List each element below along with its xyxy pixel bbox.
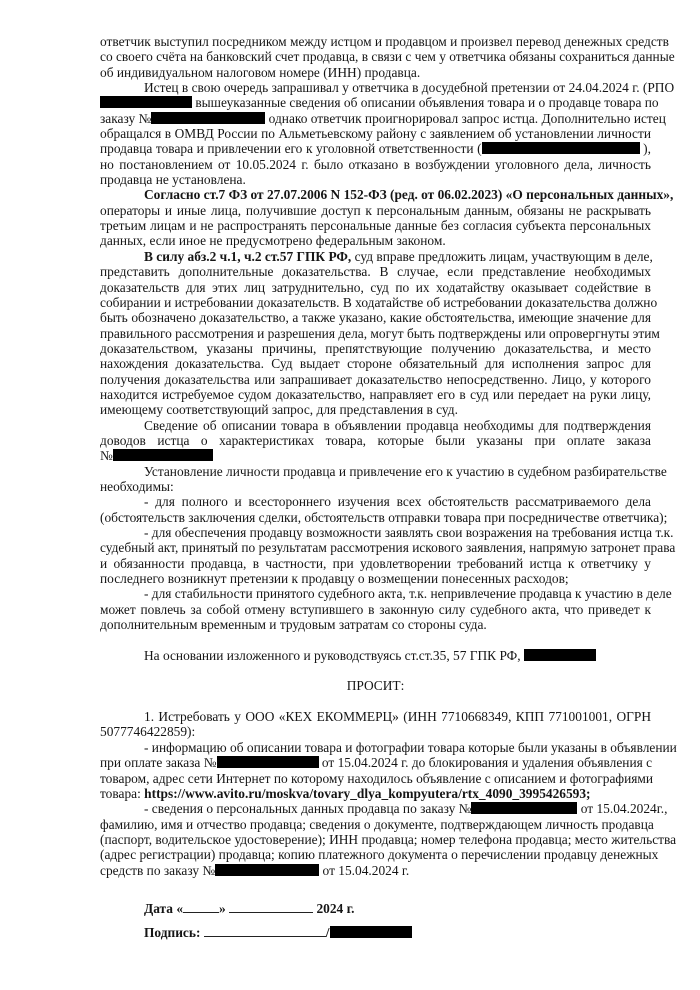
text: (паспорт, водительское удостоверение); И… bbox=[100, 832, 676, 847]
text: со своего счёта на банковский счет прода… bbox=[100, 49, 675, 64]
text: Установление личности продавца и привлеч… bbox=[144, 464, 667, 479]
bold-text: Согласно ст.7 ФЗ от 27.07.2006 N 152-ФЗ … bbox=[144, 187, 673, 202]
text-line: доказательств для этих лиц затруднительн… bbox=[100, 280, 651, 295]
text: ), bbox=[640, 141, 651, 156]
text-line: об индивидуальном налоговом номере (ИНН)… bbox=[100, 65, 651, 80]
text-line: фамилию, имя и отчество продавца; сведен… bbox=[100, 817, 651, 832]
text: от 15.04.2024 г. bbox=[319, 863, 409, 878]
text: Сведение об описании товара в объявлении… bbox=[144, 418, 651, 433]
text: данных, если иное не предусмотрено федер… bbox=[100, 233, 446, 248]
text-line: собирании и истребовании доказательств. … bbox=[100, 295, 651, 310]
text: но постановлением от 10.05.2024 г. было … bbox=[100, 157, 651, 172]
text-line: представить дополнительные доказательств… bbox=[100, 264, 651, 279]
text: имеющему соответствующий запрос, для пре… bbox=[100, 402, 458, 417]
text-line: Установление личности продавца и привлеч… bbox=[100, 464, 651, 479]
text-line: - для обеспечения продавцу возможности з… bbox=[100, 525, 651, 540]
text-line: Сведение об описании товара в объявлении… bbox=[100, 418, 651, 433]
text-line: - для стабильности принятого судебного а… bbox=[100, 586, 651, 601]
text: находится истребуемое судом доказательст… bbox=[100, 387, 651, 402]
text: собирании и истребовании доказательств. … bbox=[100, 295, 657, 310]
text: правильного рассмотрения и разрешения де… bbox=[100, 326, 660, 341]
text: и обязанности продавца, в частности, при… bbox=[100, 556, 651, 571]
text: товара: bbox=[100, 786, 144, 801]
redaction-block bbox=[215, 864, 319, 876]
text-line: заказу № однако ответчик проигнорировал … bbox=[100, 111, 651, 126]
spacer bbox=[100, 893, 651, 901]
redaction-block bbox=[217, 756, 319, 768]
text-line: судебный акт, принятый по результатам ра… bbox=[100, 540, 651, 555]
text-line: (обстоятельств заключения сделки, обстоя… bbox=[100, 510, 651, 525]
date-year: 2024 г. bbox=[316, 901, 354, 916]
text: (обстоятельств заключения сделки, обстоя… bbox=[100, 510, 667, 525]
text: от 15.04.2024г., bbox=[577, 801, 667, 816]
text: фамилию, имя и отчество продавца; сведен… bbox=[100, 817, 654, 832]
text-line: имеющему соответствующий запрос, для пре… bbox=[100, 402, 651, 417]
text: нахождения доказательства. Суд выдает ст… bbox=[100, 356, 651, 371]
text-line: третьим лицам и не распространять персон… bbox=[100, 218, 651, 233]
text: третьим лицам и не распространять персон… bbox=[100, 218, 651, 233]
text: ответчик выступил посредником между истц… bbox=[100, 34, 669, 49]
text: продавца товара и привлечении его к угол… bbox=[100, 141, 482, 156]
text: может повлечь за собой отмену вступившег… bbox=[100, 602, 651, 617]
reason-2: - для обеспечения продавцу возможности з… bbox=[100, 525, 651, 586]
text-line: (адрес регистрации) продавца; копию плат… bbox=[100, 847, 651, 862]
document-page: ответчик выступил посредником между истц… bbox=[100, 34, 651, 940]
text: необходимы: bbox=[100, 479, 174, 494]
redaction-block bbox=[113, 449, 213, 461]
text: об индивидуальном налоговом номере (ИНН)… bbox=[100, 65, 420, 80]
text-line: со своего счёта на банковский счет прода… bbox=[100, 49, 651, 64]
redaction-block bbox=[482, 142, 640, 154]
text-line: последнего возникнут претензии к продавц… bbox=[100, 571, 651, 586]
text-line: нахождения доказательства. Суд выдает ст… bbox=[100, 356, 651, 371]
text-line: правильного рассмотрения и разрешения де… bbox=[100, 326, 651, 341]
text: при оплате заказа № bbox=[100, 755, 217, 770]
request-paragraphs: 1. Истребовать у ООО «КЕХ ЕКОММЕРЦ» (ИНН… bbox=[100, 709, 651, 878]
text-line: продавца не установлена. bbox=[100, 172, 651, 187]
text: продавца не установлена. bbox=[100, 172, 246, 187]
text-line: при оплате заказа № от 15.04.2024 г. до … bbox=[100, 755, 651, 770]
text: судебный акт, принятый по результатам ра… bbox=[100, 540, 675, 555]
text: 1. Истребовать у ООО «КЕХ ЕКОММЕРЦ» (ИНН… bbox=[144, 709, 651, 724]
text-line: доказательством, указаны причины, препят… bbox=[100, 341, 651, 356]
text-line: № bbox=[100, 448, 651, 463]
text: заказу № bbox=[100, 111, 151, 126]
personal-data-law-paragraph: Согласно ст.7 ФЗ от 27.07.2006 N 152-ФЗ … bbox=[100, 187, 651, 248]
text-line: операторы и иные лица, получившие доступ… bbox=[100, 203, 651, 218]
text: 5077746422859): bbox=[100, 724, 195, 739]
reason-1: - для полного и всестороннего изучения в… bbox=[100, 494, 651, 525]
product-description-paragraph: Сведение об описании товара в объявлении… bbox=[100, 418, 651, 464]
text-line: продавца товара и привлечении его к угол… bbox=[100, 141, 651, 156]
pretrial-claim-paragraph: Истец в свою очередь запрашивал у ответч… bbox=[100, 80, 651, 187]
text: последнего возникнут претензии к продавц… bbox=[100, 571, 569, 586]
text-line: обращался в ОМВД России по Альметьевском… bbox=[100, 126, 651, 141]
text: дополнительным временным и трудовым затр… bbox=[100, 617, 487, 632]
basis-text: На основании изложенного и руководствуяс… bbox=[144, 648, 521, 663]
text: - для обеспечения продавцу возможности з… bbox=[144, 525, 674, 540]
text-line: данных, если иное не предусмотрено федер… bbox=[100, 233, 651, 248]
text-line: и обязанности продавца, в частности, при… bbox=[100, 556, 651, 571]
text-line: доводов истца о характеристиках товара, … bbox=[100, 433, 651, 448]
signature-line: Подпись: / bbox=[100, 925, 651, 940]
text: вышеуказанные сведения об описании объяв… bbox=[192, 95, 659, 110]
text-line: 1. Истребовать у ООО «КЕХ ЕКОММЕРЦ» (ИНН… bbox=[100, 709, 651, 724]
text-line: товаром, адрес сети Интернет по которому… bbox=[100, 771, 651, 786]
body-paragraphs: ответчик выступил посредником между истц… bbox=[100, 34, 651, 632]
text: быть обозначено доказательство, а также … bbox=[100, 310, 651, 325]
text-line: получения доказательства или запрашивает… bbox=[100, 372, 651, 387]
redaction-block bbox=[471, 802, 577, 814]
text-line: находится истребуемое судом доказательст… bbox=[100, 387, 651, 402]
text-line: товара: https://www.avito.ru/moskva/tova… bbox=[100, 786, 651, 801]
date-line: Дата «» 2024 г. bbox=[100, 901, 651, 916]
request-seller-personal-data: - сведения о персональных данных продавц… bbox=[100, 801, 651, 878]
request-item-listing-info: - информацию об описании товара и фотогр… bbox=[100, 740, 651, 801]
text: - для стабильности принятого судебного а… bbox=[144, 586, 672, 601]
spacer bbox=[100, 663, 651, 678]
spacer bbox=[100, 878, 651, 893]
text-line: дополнительным временным и трудовым затр… bbox=[100, 617, 651, 632]
redaction-block bbox=[524, 649, 596, 661]
text-line: Согласно ст.7 ФЗ от 27.07.2006 N 152-ФЗ … bbox=[100, 187, 651, 202]
text: однако ответчик проигнорировал запрос ис… bbox=[265, 111, 666, 126]
spacer bbox=[100, 694, 651, 709]
bold-text: https://www.avito.ru/moskva/tovary_dlya_… bbox=[144, 786, 590, 801]
redaction-block bbox=[330, 926, 412, 938]
spacer bbox=[100, 917, 651, 925]
request-heading: ПРОСИТ: bbox=[100, 678, 651, 693]
text: товаром, адрес сети Интернет по которому… bbox=[100, 771, 653, 786]
redaction-block bbox=[100, 96, 192, 108]
text: обращался в ОМВД России по Альметьевском… bbox=[100, 126, 651, 141]
text: доказательств для этих лиц затруднительн… bbox=[100, 280, 651, 295]
text: операторы и иные лица, получившие доступ… bbox=[100, 203, 651, 218]
civil-procedure-paragraph: В силу абз.2 ч.1, ч.2 ст.57 ГПК РФ, суд … bbox=[100, 249, 651, 418]
text: суд вправе предложить лицам, участвующим… bbox=[351, 249, 653, 264]
text-line: 5077746422859): bbox=[100, 724, 651, 739]
text-line: Истец в свою очередь запрашивал у ответч… bbox=[100, 80, 651, 95]
text-line: В силу абз.2 ч.1, ч.2 ст.57 ГПК РФ, суд … bbox=[100, 249, 651, 264]
text: представить дополнительные доказательств… bbox=[100, 264, 651, 279]
intermediary-paragraph: ответчик выступил посредником между истц… bbox=[100, 34, 651, 80]
spacer bbox=[100, 632, 651, 647]
month-blank[interactable] bbox=[229, 901, 313, 913]
text-line: ответчик выступил посредником между истц… bbox=[100, 34, 651, 49]
text: - сведения о персональных данных продавц… bbox=[144, 801, 471, 816]
text: № bbox=[100, 448, 113, 463]
text-line: может повлечь за собой отмену вступившег… bbox=[100, 602, 651, 617]
text-line: но постановлением от 10.05.2024 г. было … bbox=[100, 157, 651, 172]
text: средств по заказу № bbox=[100, 863, 215, 878]
text: получения доказательства или запрашивает… bbox=[100, 372, 651, 387]
bold-text: В силу абз.2 ч.1, ч.2 ст.57 ГПК РФ, bbox=[144, 249, 351, 264]
basis-line: На основании изложенного и руководствуяс… bbox=[100, 648, 651, 663]
text: доводов истца о характеристиках товара, … bbox=[100, 433, 651, 448]
text: (адрес регистрации) продавца; копию плат… bbox=[100, 847, 658, 862]
seller-identification-paragraph: Установление личности продавца и привлеч… bbox=[100, 464, 651, 495]
text-line: - для полного и всестороннего изучения в… bbox=[100, 494, 651, 509]
text: - информацию об описании товара и фотогр… bbox=[144, 740, 677, 755]
text-line: быть обозначено доказательство, а также … bbox=[100, 310, 651, 325]
text-line: вышеуказанные сведения об описании объяв… bbox=[100, 95, 651, 110]
text-line: средств по заказу № от 15.04.2024 г. bbox=[100, 863, 651, 878]
signature-label: Подпись: bbox=[144, 925, 200, 940]
text: Истец в свою очередь запрашивал у ответч… bbox=[144, 80, 674, 95]
date-label: Дата « bbox=[144, 901, 183, 916]
text-line: - сведения о персональных данных продавц… bbox=[100, 801, 651, 816]
request-1: 1. Истребовать у ООО «КЕХ ЕКОММЕРЦ» (ИНН… bbox=[100, 709, 651, 740]
redaction-block bbox=[151, 112, 265, 124]
text-line: - информацию об описании товара и фотогр… bbox=[100, 740, 651, 755]
text: от 15.04.2024 г. до блокирования и удале… bbox=[319, 755, 653, 770]
text: доказательством, указаны причины, препят… bbox=[100, 341, 651, 356]
text-line: необходимы: bbox=[100, 479, 651, 494]
text: - для полного и всестороннего изучения в… bbox=[144, 494, 651, 509]
reason-3: - для стабильности принятого судебного а… bbox=[100, 586, 651, 632]
signature-blank[interactable] bbox=[204, 925, 326, 937]
text-line: (паспорт, водительское удостоверение); И… bbox=[100, 832, 651, 847]
day-blank[interactable] bbox=[183, 901, 219, 913]
date-mid: » bbox=[219, 901, 226, 916]
